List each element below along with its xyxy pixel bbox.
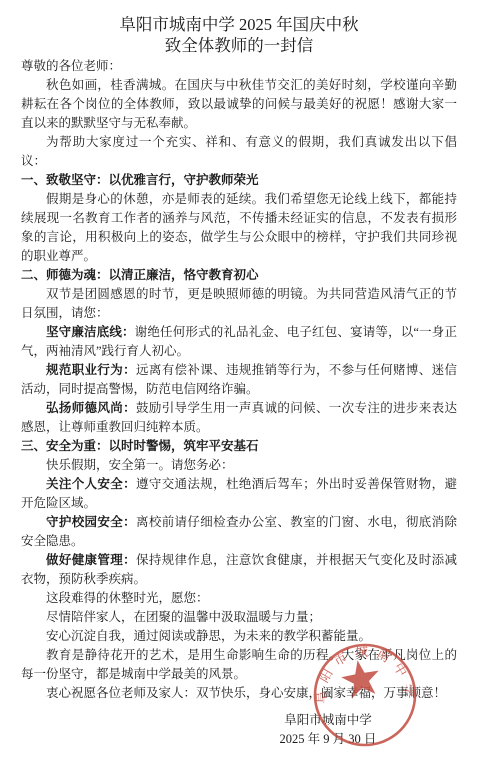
letter-text: 尊敬的各位老师： 秋色如画，桂香满城。在国庆与中秋佳节交汇的美好时刻，学校谨向辛… <box>21 57 457 749</box>
title-line-2: 致全体教师的一封信 <box>21 35 457 56</box>
paragraph: 为帮助大家度过一个充实、祥和、有意义的假期，我们真诚发出以下倡议： <box>21 133 457 171</box>
paragraph: 做好健康管理：保持规律作息，注意饮食健康，并根据天气变化及时添减衣物，预防秋季疾… <box>21 551 457 589</box>
section-heading: 二、师德为魂：以清正廉洁，恪守教育初心 <box>21 266 457 285</box>
paragraph: 假期是身心的休憩，亦是师表的延续。我们希望您无论线上线下，都能持续展现一名教育工… <box>21 190 457 266</box>
paragraph: 秋色如画，桂香满城。在国庆与中秋佳节交汇的美好时刻，学校谨向辛勤耕耘在各个岗位的… <box>21 76 457 133</box>
letter-title: 阜阳市城南中学 2025 年国庆中秋 致全体教师的一封信 <box>21 14 457 56</box>
paragraph: 弘扬师德风尚：鼓励引导学生用一声真诚的问候、一次专注的进步来表达感恩，让尊师重教… <box>21 399 457 437</box>
paragraph: 安心沉淀自我，通过阅读或静思，为未来的教学积蓄能量。 <box>21 627 457 646</box>
paragraph: 教育是静待花开的艺术，是用生命影响生命的历程。大家在平凡岗位上的每一份坚守，都是… <box>21 646 457 684</box>
paragraph-lead: 守护校园安全： <box>46 515 136 529</box>
signature-block: 阜阳市城南中学 2025 年 9 月 30 日 <box>243 711 413 749</box>
signature-date: 2025 年 9 月 30 日 <box>243 730 413 749</box>
letter-content: 阜阳市城南中学 2025 年国庆中秋 致全体教师的一封信 尊敬的各位老师： 秋色… <box>0 0 495 749</box>
signature-name: 阜阳市城南中学 <box>243 711 413 730</box>
paragraph-lead: 做好健康管理： <box>46 553 136 567</box>
paragraph: 尽情陪伴家人，在团聚的温馨中汲取温暖与力量； <box>21 608 457 627</box>
paragraph-lead: 弘扬师德风尚： <box>46 401 136 415</box>
paragraph: 快乐假期，安全第一。请您务必： <box>21 456 457 475</box>
paragraph: 双节是团圆感恩的时节，更是映照师德的明镜。为共同营造风清气正的节日氛围，请您： <box>21 285 457 323</box>
paragraph: 坚守廉洁底线：谢绝任何形式的礼品礼金、电子红包、宴请等，以“一身正气，两袖清风”… <box>21 323 457 361</box>
paragraph: 衷心祝愿各位老师及家人：双节快乐，身心安康，阖家幸福，万事顺意！ <box>21 684 457 703</box>
paragraph: 规范职业行为：远离有偿补课、违规推销等行为，不参与任何赌博、迷信活动，同时提高警… <box>21 361 457 399</box>
paragraph-lead: 关注个人安全： <box>46 477 136 491</box>
salutation: 尊敬的各位老师： <box>21 57 457 76</box>
paragraph: 这段难得的休整时光，愿您： <box>21 589 457 608</box>
letter-page: 阜阳市城南中学 2025 年国庆中秋 致全体教师的一封信 尊敬的各位老师： 秋色… <box>0 0 495 757</box>
section-heading: 三、安全为重：以时时警惕，筑牢平安基石 <box>21 437 457 456</box>
title-line-1: 阜阳市城南中学 2025 年国庆中秋 <box>21 14 457 35</box>
section-heading: 一、致敬坚守：以优雅言行，守护教师荣光 <box>21 171 457 190</box>
paragraph: 关注个人安全：遵守交通法规，杜绝酒后驾车；外出时妥善保管财物，避开危险区域。 <box>21 475 457 513</box>
letter-body: 秋色如画，桂香满城。在国庆与中秋佳节交汇的美好时刻，学校谨向辛勤耕耘在各个岗位的… <box>21 76 457 703</box>
paragraph: 守护校园安全：离校前请仔细检查办公室、教室的门窗、水电，彻底消除安全隐患。 <box>21 513 457 551</box>
paragraph-lead: 坚守廉洁底线： <box>46 325 135 339</box>
paragraph-lead: 规范职业行为： <box>46 363 136 377</box>
